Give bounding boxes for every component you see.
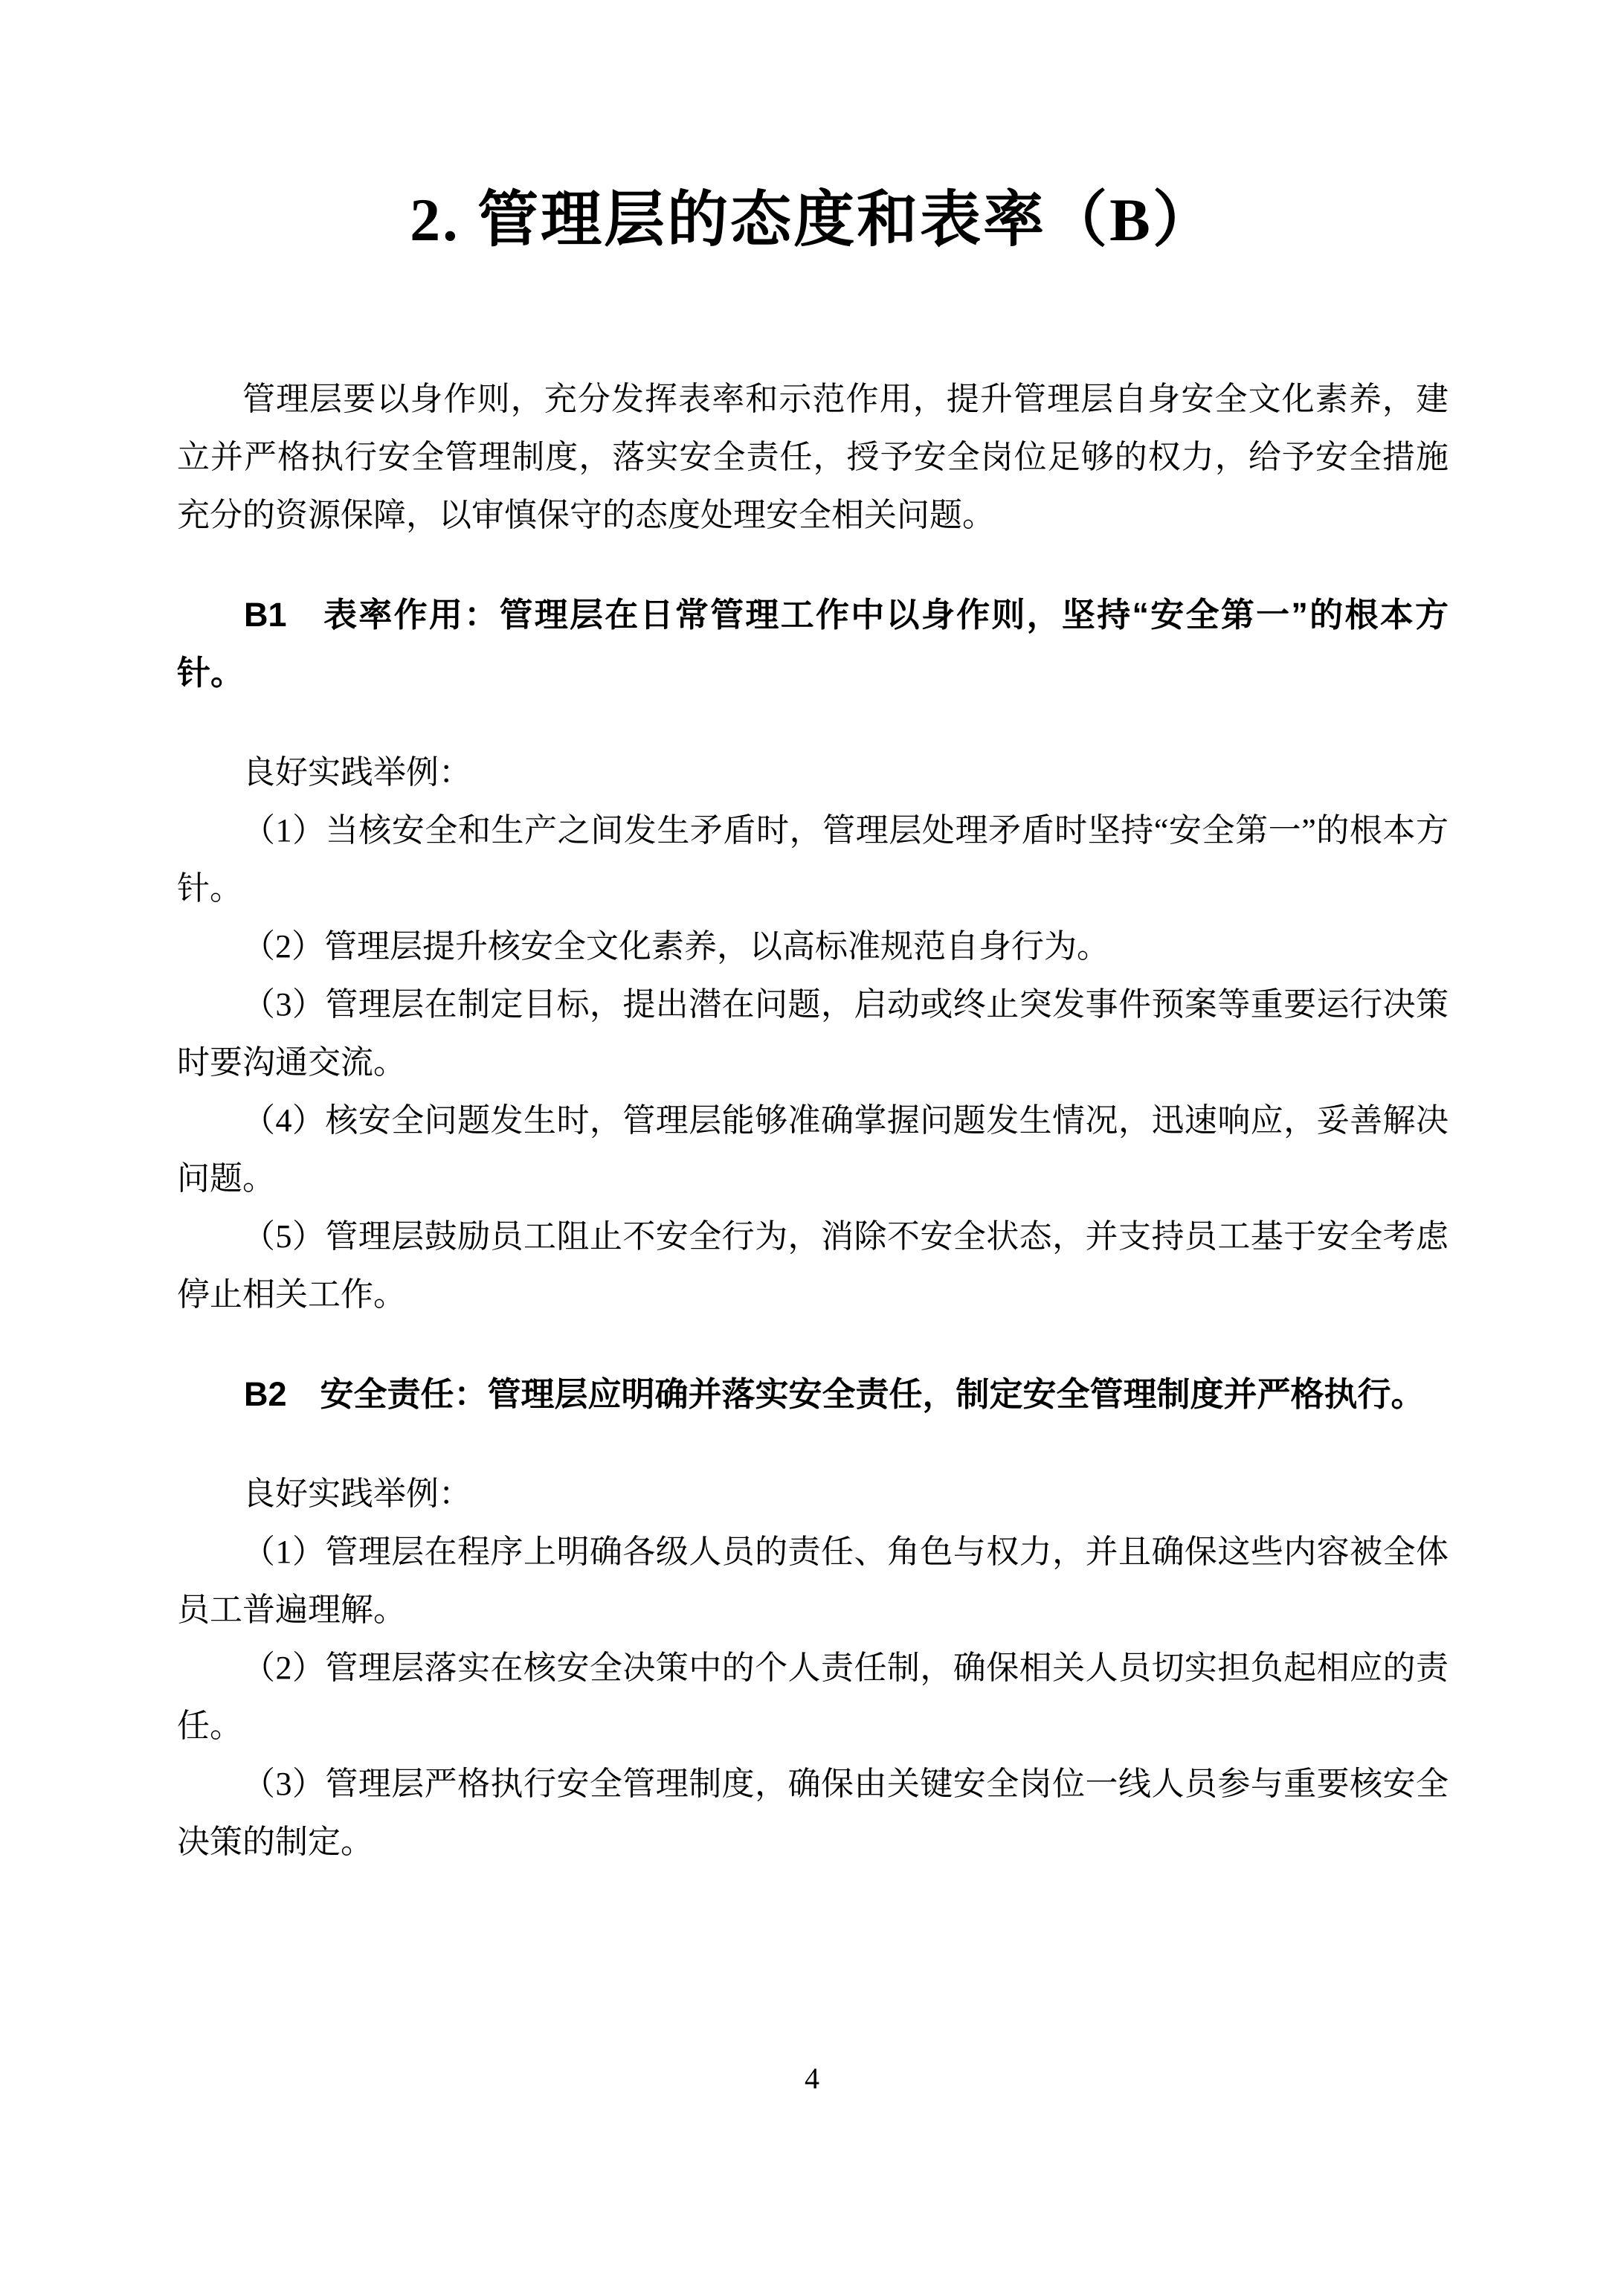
practice-item: （3）管理层严格执行安全管理制度，确保由关键安全岗位一线人员参与重要核安全决策的… — [177, 1755, 1449, 1871]
page-title: 2. 管理层的态度和表率（B） — [177, 182, 1449, 259]
section-b2-heading: B2 安全责任：管理层应明确并落实安全责任，制定安全管理制度并严格执行。 — [177, 1365, 1449, 1424]
section-b1: B1 表率作用：管理层在日常管理工作中以身作则，坚持“安全第一”的根本方针。 良… — [177, 586, 1449, 1324]
practices-label: 良好实践举例： — [177, 1465, 1449, 1523]
section-b1-heading: B1 表率作用：管理层在日常管理工作中以身作则，坚持“安全第一”的根本方针。 — [177, 586, 1449, 702]
practice-item: （1）管理层在程序上明确各级人员的责任、角色与权力，并且确保这些内容被全体员工普… — [177, 1523, 1449, 1639]
document-page: 2. 管理层的态度和表率（B） 管理层要以身作则，充分发挥表率和示范作用，提升管… — [0, 0, 1624, 2284]
practice-item: （4）核安全问题发生时，管理层能够准确掌握问题发生情况，迅速响应，妥善解决问题。 — [177, 1092, 1449, 1208]
practice-item: （5）管理层鼓励员工阻止不安全行为，消除不安全状态，并支持员工基于安全考虑停止相… — [177, 1208, 1449, 1324]
practice-item: （2）管理层落实在核安全决策中的个人责任制，确保相关人员切实担负起相应的责任。 — [177, 1639, 1449, 1755]
practice-item: （3）管理层在制定目标，提出潜在问题，启动或终止突发事件预案等重要运行决策时要沟… — [177, 976, 1449, 1092]
practice-item: （1）当核安全和生产之间发生矛盾时，管理层处理矛盾时坚持“安全第一”的根本方针。 — [177, 802, 1449, 918]
page-number: 4 — [0, 2064, 1624, 2094]
practices-label: 良好实践举例： — [177, 744, 1449, 802]
practice-item: （2）管理层提升核安全文化素养，以高标准规范自身行为。 — [177, 918, 1449, 976]
section-b2: B2 安全责任：管理层应明确并落实安全责任，制定安全管理制度并严格执行。 良好实… — [177, 1365, 1449, 1871]
intro-paragraph: 管理层要以身作则，充分发挥表率和示范作用，提升管理层自身安全文化素养，建立并严格… — [177, 370, 1449, 544]
